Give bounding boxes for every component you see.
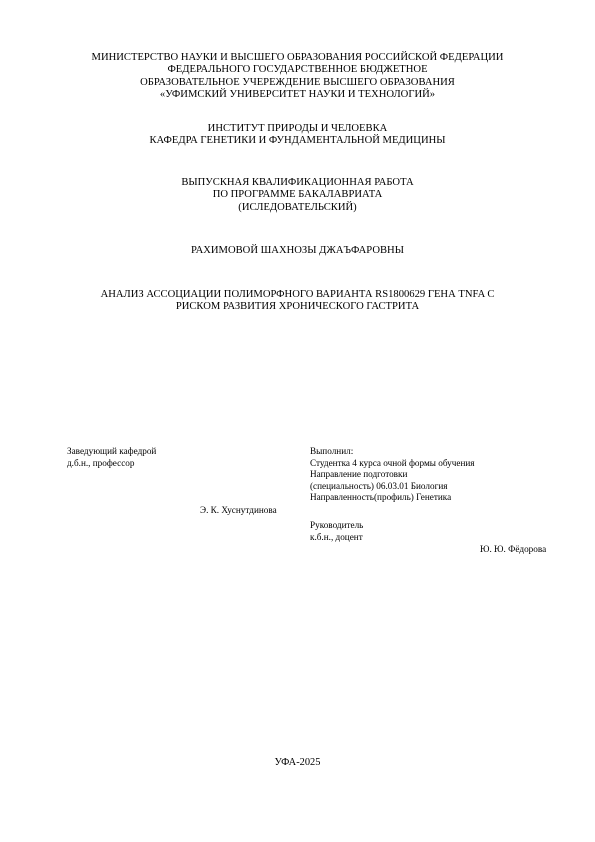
supervisor-name: Ю. Ю. Фёдорова <box>480 543 546 555</box>
work-type-line: ВЫПУСКНАЯ КВАЛИФИКАЦИОННАЯ РАБОТА <box>0 177 595 189</box>
head-role: Заведующий кафедрой <box>67 446 156 458</box>
work-type-line: (ИСЛЕДОВАТЕЛЬСКИЙ) <box>0 202 595 214</box>
performed-by-line: Направление подготовки <box>310 469 475 481</box>
head-of-department: Заведующий кафедрой д.б.н., профессор <box>67 446 156 469</box>
ministry-line: МИНИСТЕРСТВО НАУКИ И ВЫСШЕГО ОБРАЗОВАНИЯ… <box>0 52 595 64</box>
supervisor-degree: к.б.н., доцент <box>310 532 363 544</box>
ministry-line: ФЕДЕРАЛЬНОГО ГОСУДАРСТВЕННОЕ БЮДЖЕТНОЕ <box>0 64 595 76</box>
head-name: Э. К. Хуснутдинова <box>200 504 277 516</box>
institute-header: ИНСТИТУТ ПРИРОДЫ И ЧЕЛОЕВКА КАФЕДРА ГЕНЕ… <box>0 123 595 148</box>
work-type: ВЫПУСКНАЯ КВАЛИФИКАЦИОННАЯ РАБОТА ПО ПРО… <box>0 177 595 214</box>
work-type-line: ПО ПРОГРАММЕ БАКАЛАВРИАТА <box>0 189 595 201</box>
performed-by-line: (специальность) 06.03.01 Биология <box>310 481 475 493</box>
performed-by-label: Выполнил: <box>310 446 475 458</box>
institute-line: ИНСТИТУТ ПРИРОДЫ И ЧЕЛОЕВКА <box>0 123 595 135</box>
department-line: КАФЕДРА ГЕНЕТИКИ И ФУНДАМЕНТАЛЬНОЙ МЕДИЦ… <box>0 135 595 147</box>
thesis-title-line: АНАЛИЗ АССОЦИАЦИИ ПОЛИМОРФНОГО ВАРИАНТА … <box>0 289 595 301</box>
ministry-line: ОБРАЗОВАТЕЛЬНОЕ УЧЕРЕЖДЕНИЕ ВЫСШЕГО ОБРА… <box>0 77 595 89</box>
supervisor-role: Руководитель <box>310 520 363 532</box>
performed-by-line: Направленность(профиль) Генетика <box>310 492 475 504</box>
city-year: УФА-2025 <box>0 757 595 769</box>
thesis-title-line: РИСКОМ РАЗВИТИЯ ХРОНИЧЕСКОГО ГАСТРИТА <box>0 301 595 313</box>
ministry-line: «УФИМСКИЙ УНИВЕРСИТЕТ НАУКИ И ТЕХНОЛОГИЙ… <box>0 89 595 101</box>
performed-by: Выполнил: Студентка 4 курса очной формы … <box>310 446 475 504</box>
author-name: РАХИМОВОЙ ШАХНОЗЫ ДЖАЪФАРОВНЫ <box>0 245 595 257</box>
thesis-title: АНАЛИЗ АССОЦИАЦИИ ПОЛИМОРФНОГО ВАРИАНТА … <box>0 289 595 314</box>
author-name-text: РАХИМОВОЙ ШАХНОЗЫ ДЖАЪФАРОВНЫ <box>0 245 595 257</box>
ministry-header: МИНИСТЕРСТВО НАУКИ И ВЫСШЕГО ОБРАЗОВАНИЯ… <box>0 52 595 102</box>
supervisor: Руководитель к.б.н., доцент <box>310 520 363 543</box>
head-degree: д.б.н., профессор <box>67 458 156 470</box>
performed-by-line: Студентка 4 курса очной формы обучения <box>310 458 475 470</box>
